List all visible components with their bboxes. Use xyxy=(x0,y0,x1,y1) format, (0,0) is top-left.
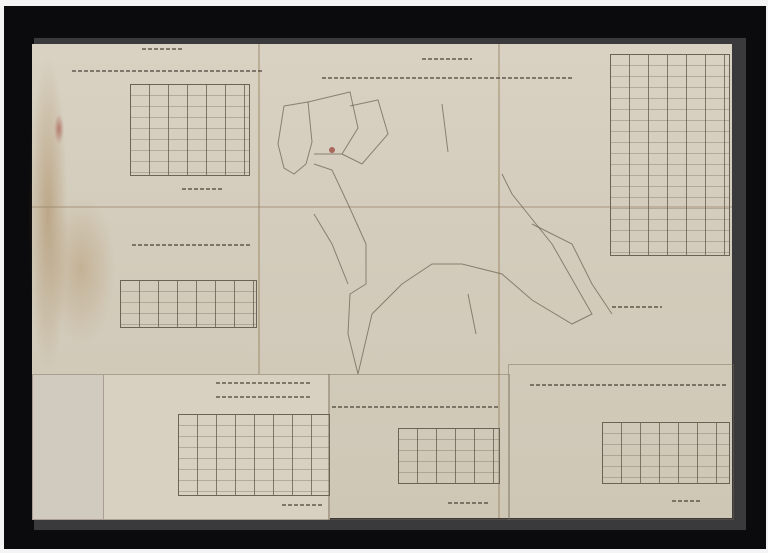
parcel-outline xyxy=(308,92,358,154)
village-marker xyxy=(329,147,335,153)
parcel-outline xyxy=(342,100,388,164)
parcel-outline xyxy=(532,224,612,314)
municipality-boundary xyxy=(314,164,592,374)
stream xyxy=(442,104,448,152)
parcel-outline xyxy=(278,102,312,174)
map-boundaries xyxy=(32,44,732,518)
stream xyxy=(468,294,476,334)
map-sheet xyxy=(32,44,732,518)
road xyxy=(314,214,348,284)
